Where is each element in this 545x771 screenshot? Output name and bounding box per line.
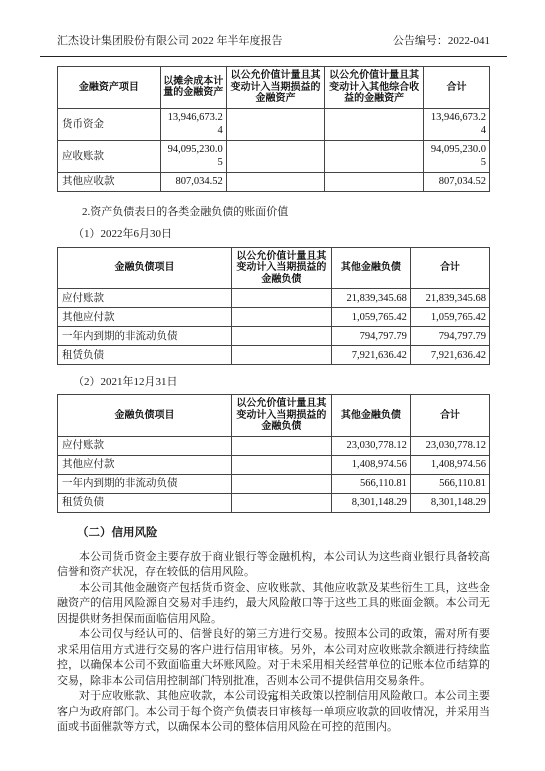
credit-risk-body: 本公司货币资金主要存放于商业银行等金融机构，本公司认为这些商业银行具备较高信誉和… — [57, 550, 490, 736]
row-label: 租赁负债 — [58, 493, 232, 512]
cell-value: 7,921,636.42 — [410, 346, 489, 365]
company-report-title: 汇杰设计集团股份有限公司 2022 年半年度报告 — [57, 34, 283, 48]
cell-value — [325, 108, 424, 140]
row-label: 租赁负债 — [58, 346, 232, 365]
page-number: 79 — [0, 694, 545, 705]
table-row: 应付账款23,030,778.1223,030,778.12 — [58, 436, 490, 455]
column-header: 金融负债项目 — [58, 395, 232, 437]
cell-value: 21,839,345.68 — [410, 289, 489, 308]
row-label: 其他应收款 — [58, 172, 161, 191]
cell-value: 1,059,765.42 — [331, 308, 410, 327]
date-subheading-2021: （2）2021年12月31日 — [57, 375, 490, 390]
table-row: 其他应付款1,408,974.561,408,974.56 — [58, 455, 490, 474]
row-label: 应收账款 — [58, 140, 161, 172]
column-header: 其他金融负债 — [331, 247, 410, 289]
column-header: 以公允价值计量且其变动计入当期损益的金融资产 — [226, 67, 325, 109]
table-row: 应收账款94,095,230.0594,095,230.05 — [58, 140, 490, 172]
cell-value: 807,034.52 — [160, 172, 226, 191]
cell-value — [325, 140, 424, 172]
cell-value — [232, 474, 332, 493]
table-row: 应付账款21,839,345.6821,839,345.68 — [58, 289, 490, 308]
cell-value: 13,946,673.24 — [160, 108, 226, 140]
cell-value: 8,301,148.29 — [331, 493, 410, 512]
column-header: 以公允价值计量且其变动计入当期损益的金融负债 — [232, 395, 332, 437]
cell-value: 794,797.79 — [410, 327, 489, 346]
column-header: 以公允价值计量且其变动计入其他综合收益的金融资产 — [325, 67, 424, 109]
row-label: 一年内到期的非流动负债 — [58, 474, 232, 493]
cell-value: 94,095,230.05 — [423, 140, 489, 172]
financial-assets-table: 金融资产项目以摊余成本计量的金融资产以公允价值计量且其变动计入当期损益的金融资产… — [57, 66, 490, 192]
cell-value: 1,408,974.56 — [331, 455, 410, 474]
row-label: 其他应付款 — [58, 308, 232, 327]
cell-value: 566,110.81 — [331, 474, 410, 493]
financial-liabilities-2021-table: 金融负债项目以公允价值计量且其变动计入当期损益的金融负债其他金融负债合计应付账款… — [57, 394, 490, 513]
financial-liabilities-2022-table: 金融负债项目以公允价值计量且其变动计入当期损益的金融负债其他金融负债合计应付账款… — [57, 247, 490, 366]
date-subheading-2022: （1）2022年6月30日 — [57, 227, 490, 242]
row-label: 应付账款 — [58, 436, 232, 455]
running-header: 汇杰设计集团股份有限公司 2022 年半年度报告 公告编号：2022-041 — [57, 34, 490, 48]
column-header: 金融负债项目 — [58, 247, 232, 289]
cell-value: 807,034.52 — [423, 172, 489, 191]
cell-value — [232, 289, 332, 308]
cell-value — [232, 308, 332, 327]
table-row: 货币资金13,946,673.2413,946,673.24 — [58, 108, 490, 140]
table-row: 一年内到期的非流动负债566,110.81566,110.81 — [58, 474, 490, 493]
column-header: 合计 — [423, 67, 489, 109]
cell-value: 1,059,765.42 — [410, 308, 489, 327]
credit-risk-heading: （二）信用风险 — [57, 526, 490, 541]
table-row: 其他应收款807,034.52807,034.52 — [58, 172, 490, 191]
row-label: 其他应付款 — [58, 455, 232, 474]
cell-value — [232, 327, 332, 346]
cell-value: 8,301,148.29 — [410, 493, 489, 512]
column-header: 其他金融负债 — [331, 395, 410, 437]
credit-risk-paragraph: 本公司其他金融资产包括货币资金、应收账款、其他应收款及某些衍生工具，这些金融资产… — [57, 581, 490, 628]
table-header-row: 金融负债项目以公允价值计量且其变动计入当期损益的金融负债其他金融负债合计 — [58, 395, 490, 437]
announcement-number: 公告编号：2022-041 — [393, 34, 490, 48]
table-row: 租赁负债8,301,148.298,301,148.29 — [58, 493, 490, 512]
cell-value — [232, 455, 332, 474]
cell-value: 23,030,778.12 — [410, 436, 489, 455]
cell-value — [232, 436, 332, 455]
cell-value — [226, 140, 325, 172]
table-header-row: 金融负债项目以公允价值计量且其变动计入当期损益的金融负债其他金融负债合计 — [58, 247, 490, 289]
column-header: 合计 — [410, 395, 489, 437]
column-header: 合计 — [410, 247, 489, 289]
column-header: 以摊余成本计量的金融资产 — [160, 67, 226, 109]
cell-value: 7,921,636.42 — [331, 346, 410, 365]
row-label: 一年内到期的非流动负债 — [58, 327, 232, 346]
cell-value: 23,030,778.12 — [331, 436, 410, 455]
credit-risk-paragraph: 本公司货币资金主要存放于商业银行等金融机构，本公司认为这些商业银行具备较高信誉和… — [57, 550, 490, 581]
cell-value: 566,110.81 — [410, 474, 489, 493]
table-row: 其他应付款1,059,765.421,059,765.42 — [58, 308, 490, 327]
column-header: 以公允价值计量且其变动计入当期损益的金融负债 — [232, 247, 332, 289]
row-label: 应付账款 — [58, 289, 232, 308]
cell-value: 94,095,230.05 — [160, 140, 226, 172]
table-header-row: 金融资产项目以摊余成本计量的金融资产以公允价值计量且其变动计入当期损益的金融资产… — [58, 67, 490, 109]
column-header: 金融资产项目 — [58, 67, 161, 109]
table-row: 一年内到期的非流动负债794,797.79794,797.79 — [58, 327, 490, 346]
header-divider — [40, 56, 507, 57]
cell-value — [232, 346, 332, 365]
cell-value — [232, 493, 332, 512]
row-label: 货币资金 — [58, 108, 161, 140]
cell-value — [226, 172, 325, 191]
cell-value: 21,839,345.68 — [331, 289, 410, 308]
cell-value — [325, 172, 424, 191]
table-row: 租赁负债7,921,636.427,921,636.42 — [58, 346, 490, 365]
cell-value — [226, 108, 325, 140]
cell-value: 794,797.79 — [331, 327, 410, 346]
report-page: 汇杰设计集团股份有限公司 2022 年半年度报告 公告编号：2022-041 金… — [0, 0, 545, 771]
liabilities-section-heading: 2.资产负债表日的各类金融负债的账面价值 — [57, 205, 490, 220]
credit-risk-paragraph: 本公司仅与经认可的、信誉良好的第三方进行交易。按照本公司的政策，需对所有要求采用… — [57, 627, 490, 689]
cell-value: 13,946,673.24 — [423, 108, 489, 140]
cell-value: 1,408,974.56 — [410, 455, 489, 474]
